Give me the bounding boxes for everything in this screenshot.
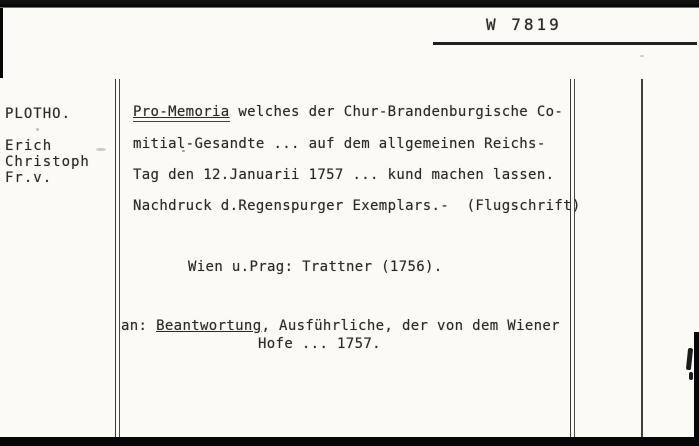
column-rule-middle — [570, 79, 575, 437]
scan-bottom-edge — [0, 437, 699, 446]
title-line-3: Tag den 12.Januarii 1757 ... kund machen… — [133, 167, 554, 183]
title-line-1: Pro-Memoria welches der Chur-Brandenburg… — [133, 104, 563, 120]
author-surname: PLOTHO. — [5, 106, 71, 122]
reference-prefix: an: — [121, 318, 156, 334]
scan-speck — [36, 128, 39, 131]
title-keyword: Pro-Memoria — [133, 104, 230, 122]
imprint-line: Wien u.Prag: Trattner (1756). — [188, 259, 443, 275]
author-given-name-2: Christoph — [5, 154, 90, 170]
scan-left-edge — [0, 6, 3, 78]
column-rule-left — [115, 79, 120, 437]
ink-blot — [686, 348, 693, 370]
title-line-4: Nachdruck d.Regenspurger Exemplars.- (Fl… — [133, 198, 581, 214]
title-line-1-rest: welches der Chur-Brandenburgische Co- — [230, 104, 564, 120]
scan-right-edge — [694, 332, 699, 446]
scan-speck — [96, 148, 106, 151]
column-rule-right — [641, 79, 643, 437]
reference-rest: , Ausführliche, der von dem Wiener — [261, 318, 559, 334]
author-given-name-3: Fr.v. — [5, 170, 52, 186]
reference-line-2: Hofe ... 1757. — [258, 336, 381, 352]
catalog-card-scan: W 7819 PLOTHO. Erich Christoph Fr.v. Pro… — [0, 0, 699, 446]
reference-title: Beantwortung — [156, 318, 261, 334]
title-line-2: mitial-Gesandte ... auf dem allgemeinen … — [133, 136, 546, 152]
head-rule — [0, 0, 699, 8]
reference-line-1: an: Beantwortung, Ausführliche, der von … — [121, 318, 560, 334]
ink-blot — [689, 372, 693, 380]
call-number: W 7819 — [486, 17, 562, 33]
call-number-rule — [433, 42, 697, 45]
author-given-name-1: Erich — [5, 138, 52, 154]
scan-speck — [640, 55, 644, 57]
